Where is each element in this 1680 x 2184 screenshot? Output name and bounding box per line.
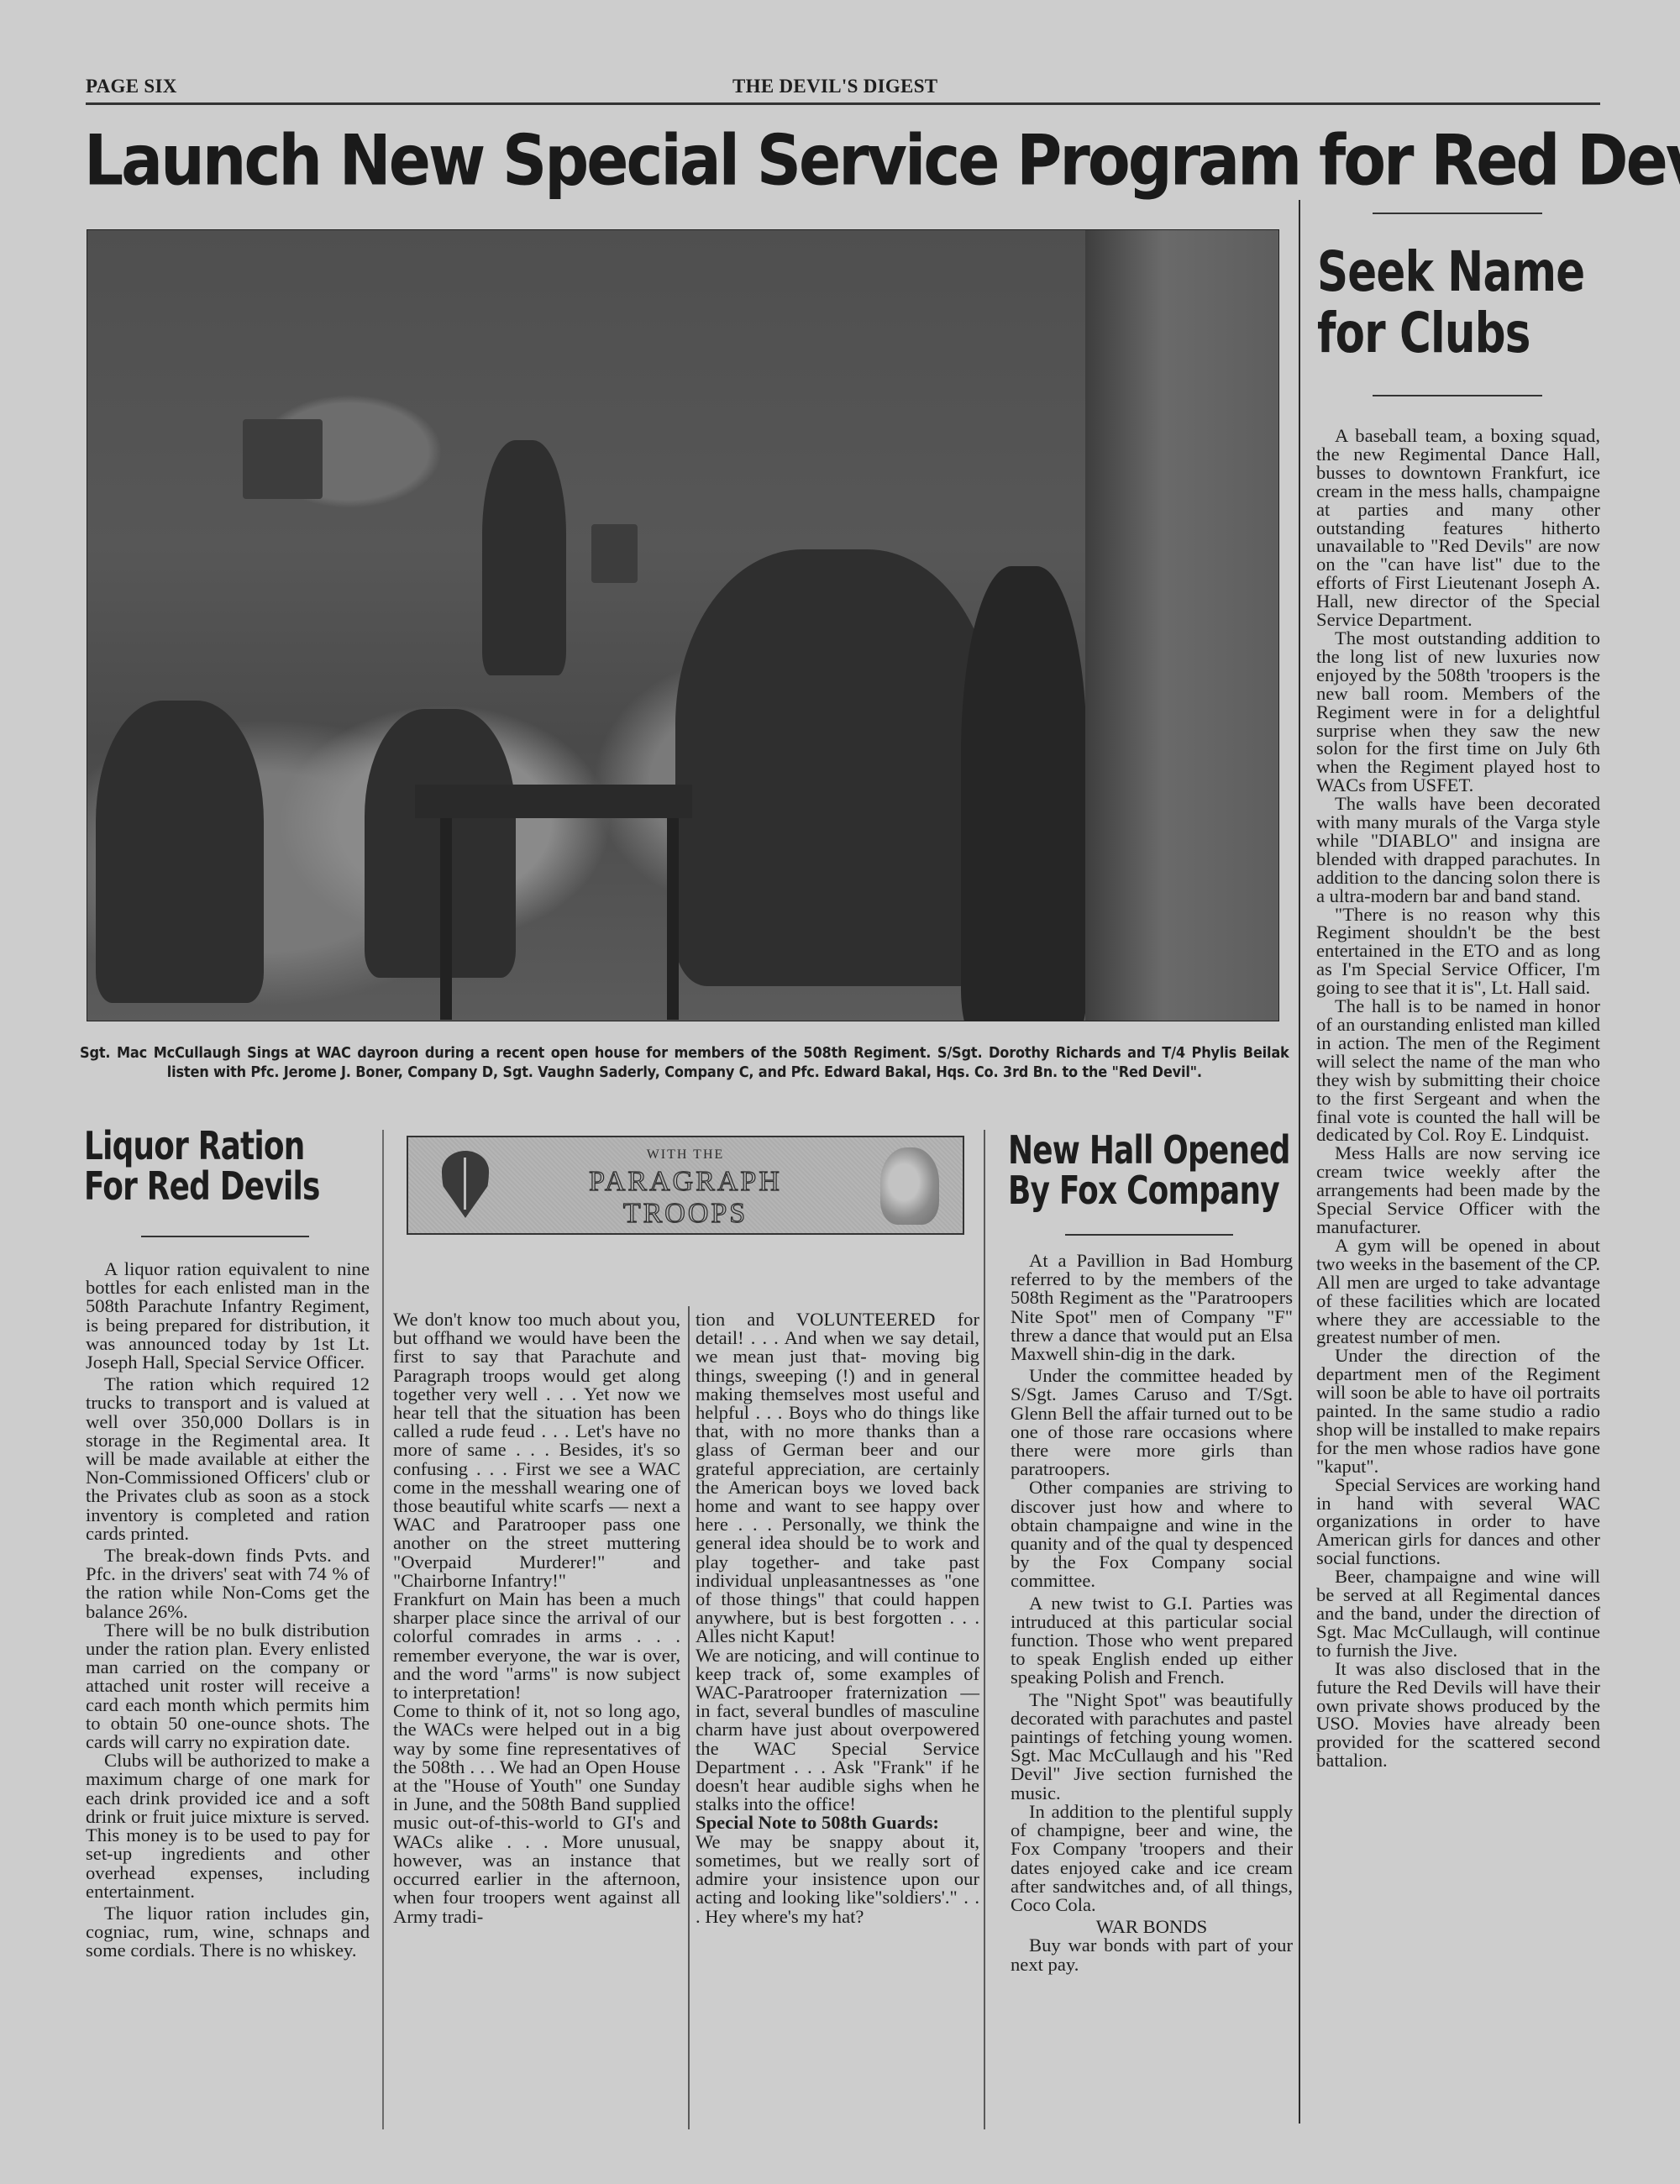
article-fox-company: At a Pavillion in Bad Homburg referred t… bbox=[1011, 1252, 1293, 1977]
standing-soldier bbox=[961, 566, 1087, 1021]
paragraph: The walls have been decorated with many … bbox=[1316, 795, 1600, 905]
special-note-label: Special Note to 508th Guards: bbox=[696, 1812, 939, 1833]
paragraph: tion and VOLUNTEERED for detail! . . . A… bbox=[696, 1310, 979, 1646]
paragraph: Under the direction of the department me… bbox=[1316, 1347, 1600, 1475]
page-label: PAGE SIX bbox=[86, 76, 177, 97]
special-note-text: We may be snappy about it, sometimes, bu… bbox=[696, 1833, 979, 1926]
headline-new-hall: New Hall Opened By Fox Company bbox=[1008, 1130, 1290, 1211]
war-bonds-title: WAR BONDS bbox=[1011, 1918, 1293, 1936]
paragraph: A gym will be opened in about two weeks … bbox=[1316, 1236, 1600, 1347]
standing-group bbox=[675, 549, 995, 986]
lamp-shade bbox=[591, 524, 638, 583]
running-header: PAGE SIX THE DEVIL'S DIGEST bbox=[86, 76, 1600, 102]
standing-soldier bbox=[482, 440, 566, 675]
paragraph: "There is no reason why this Regiment sh… bbox=[1316, 906, 1600, 998]
article-liquor-ration: A liquor ration equivalent to nine bottl… bbox=[86, 1260, 370, 1964]
paragraph: Under the committee headed by S/Sgt. Jam… bbox=[1011, 1367, 1293, 1478]
article-seek-name: A baseball team, a boxing squad, the new… bbox=[1316, 427, 1600, 1770]
headline-rule bbox=[1373, 395, 1542, 396]
headline-line: New Hall Opened bbox=[1008, 1130, 1290, 1170]
headline-line: for Clubs bbox=[1317, 303, 1584, 365]
column-divider bbox=[688, 1306, 690, 2129]
paragraph: At a Pavillion in Bad Homburg referred t… bbox=[1011, 1252, 1293, 1363]
masthead-title: TROOPS bbox=[408, 1198, 963, 1230]
paragraph: Special Services are working hand in han… bbox=[1316, 1476, 1600, 1568]
paragraph: The liquor ration includes gin, cogniac,… bbox=[86, 1904, 370, 1961]
headline-line: Liquor Ration bbox=[84, 1126, 320, 1166]
headline-rule bbox=[1373, 213, 1542, 214]
war-bonds-text: Buy war bonds with part of your next pay… bbox=[1011, 1936, 1293, 1973]
headline-line: Seek Name bbox=[1317, 242, 1584, 303]
paragraph: A baseball team, a boxing squad, the new… bbox=[1316, 427, 1600, 629]
headline-rule bbox=[1065, 1234, 1233, 1236]
paragraph: The "Night Spot" was beautifully decorat… bbox=[1011, 1691, 1293, 1803]
headline-liquor-ration: Liquor Ration For Red Devils bbox=[84, 1126, 320, 1207]
paragraph: It was also disclosed that in the future… bbox=[1316, 1660, 1600, 1770]
paragraph: In addition to the plentiful supply of c… bbox=[1011, 1803, 1293, 1914]
headline-line: For Red Devils bbox=[84, 1166, 320, 1206]
headline-line: By Fox Company bbox=[1008, 1170, 1290, 1210]
paragraph-troops-masthead: WITH THE PARAGRAPH TROOPS bbox=[407, 1136, 964, 1235]
paragraph: Beer, champaigne and wine will be served… bbox=[1316, 1567, 1600, 1660]
paragraph: Mess Halls are now serving ice cream twi… bbox=[1316, 1144, 1600, 1236]
paragraph: The hall is to be named in honor of an o… bbox=[1316, 997, 1600, 1144]
masthead-title: PARAGRAPH bbox=[408, 1166, 963, 1198]
paragraph: A new twist to G.I. Parties was intruduc… bbox=[1011, 1594, 1293, 1688]
paragraph: The ration which required 12 trucks to t… bbox=[86, 1375, 370, 1543]
singer-figure bbox=[1085, 230, 1278, 1021]
paragraph: The most outstanding addition to the lon… bbox=[1316, 629, 1600, 795]
paragraph: Clubs will be authorized to make a maxim… bbox=[86, 1751, 370, 1901]
lamp-shade bbox=[243, 419, 323, 499]
paragraph: Come to think of it, not so long ago, th… bbox=[393, 1702, 680, 1925]
paragraph: A liquor ration equivalent to nine bottl… bbox=[86, 1260, 370, 1372]
seated-group bbox=[96, 701, 264, 1003]
column-divider bbox=[382, 1130, 384, 2129]
headline-seek-name: Seek Name for Clubs bbox=[1317, 242, 1584, 364]
article-paragraph-troops-col1: We don't know too much about you, but of… bbox=[393, 1310, 680, 1926]
masthead-small-text: WITH THE bbox=[408, 1147, 963, 1163]
table-leg bbox=[667, 818, 679, 1020]
banner-headline: Launch New Special Service Program for R… bbox=[84, 126, 1604, 196]
paragraph: We don't know too much about you, but of… bbox=[393, 1310, 680, 1590]
paragraph: There will be no bulk distribution under… bbox=[86, 1621, 370, 1751]
news-photo bbox=[87, 229, 1279, 1021]
paragraph: The break-down finds Pvts. and Pfc. in t… bbox=[86, 1546, 370, 1621]
table bbox=[415, 785, 692, 818]
table-leg bbox=[440, 818, 452, 1020]
headline-rule bbox=[141, 1236, 309, 1237]
paragraph: We are noticing, and will continue to ke… bbox=[696, 1646, 979, 1814]
column-divider bbox=[1299, 200, 1300, 2124]
paper-name: THE DEVIL'S DIGEST bbox=[732, 76, 937, 97]
paragraph: Other companies are striving to discover… bbox=[1011, 1478, 1293, 1590]
helmeted-head-icon bbox=[880, 1147, 939, 1225]
header-rule bbox=[86, 102, 1600, 105]
column-divider bbox=[984, 1130, 985, 2129]
photo-caption: Sgt. Mac McCullaugh Sings at WAC dayroon… bbox=[80, 1044, 1289, 1083]
article-paragraph-troops-col2: tion and VOLUNTEERED for detail! . . . A… bbox=[696, 1310, 979, 1926]
paragraph: Frankfurt on Main has been a much sharpe… bbox=[393, 1590, 680, 1702]
